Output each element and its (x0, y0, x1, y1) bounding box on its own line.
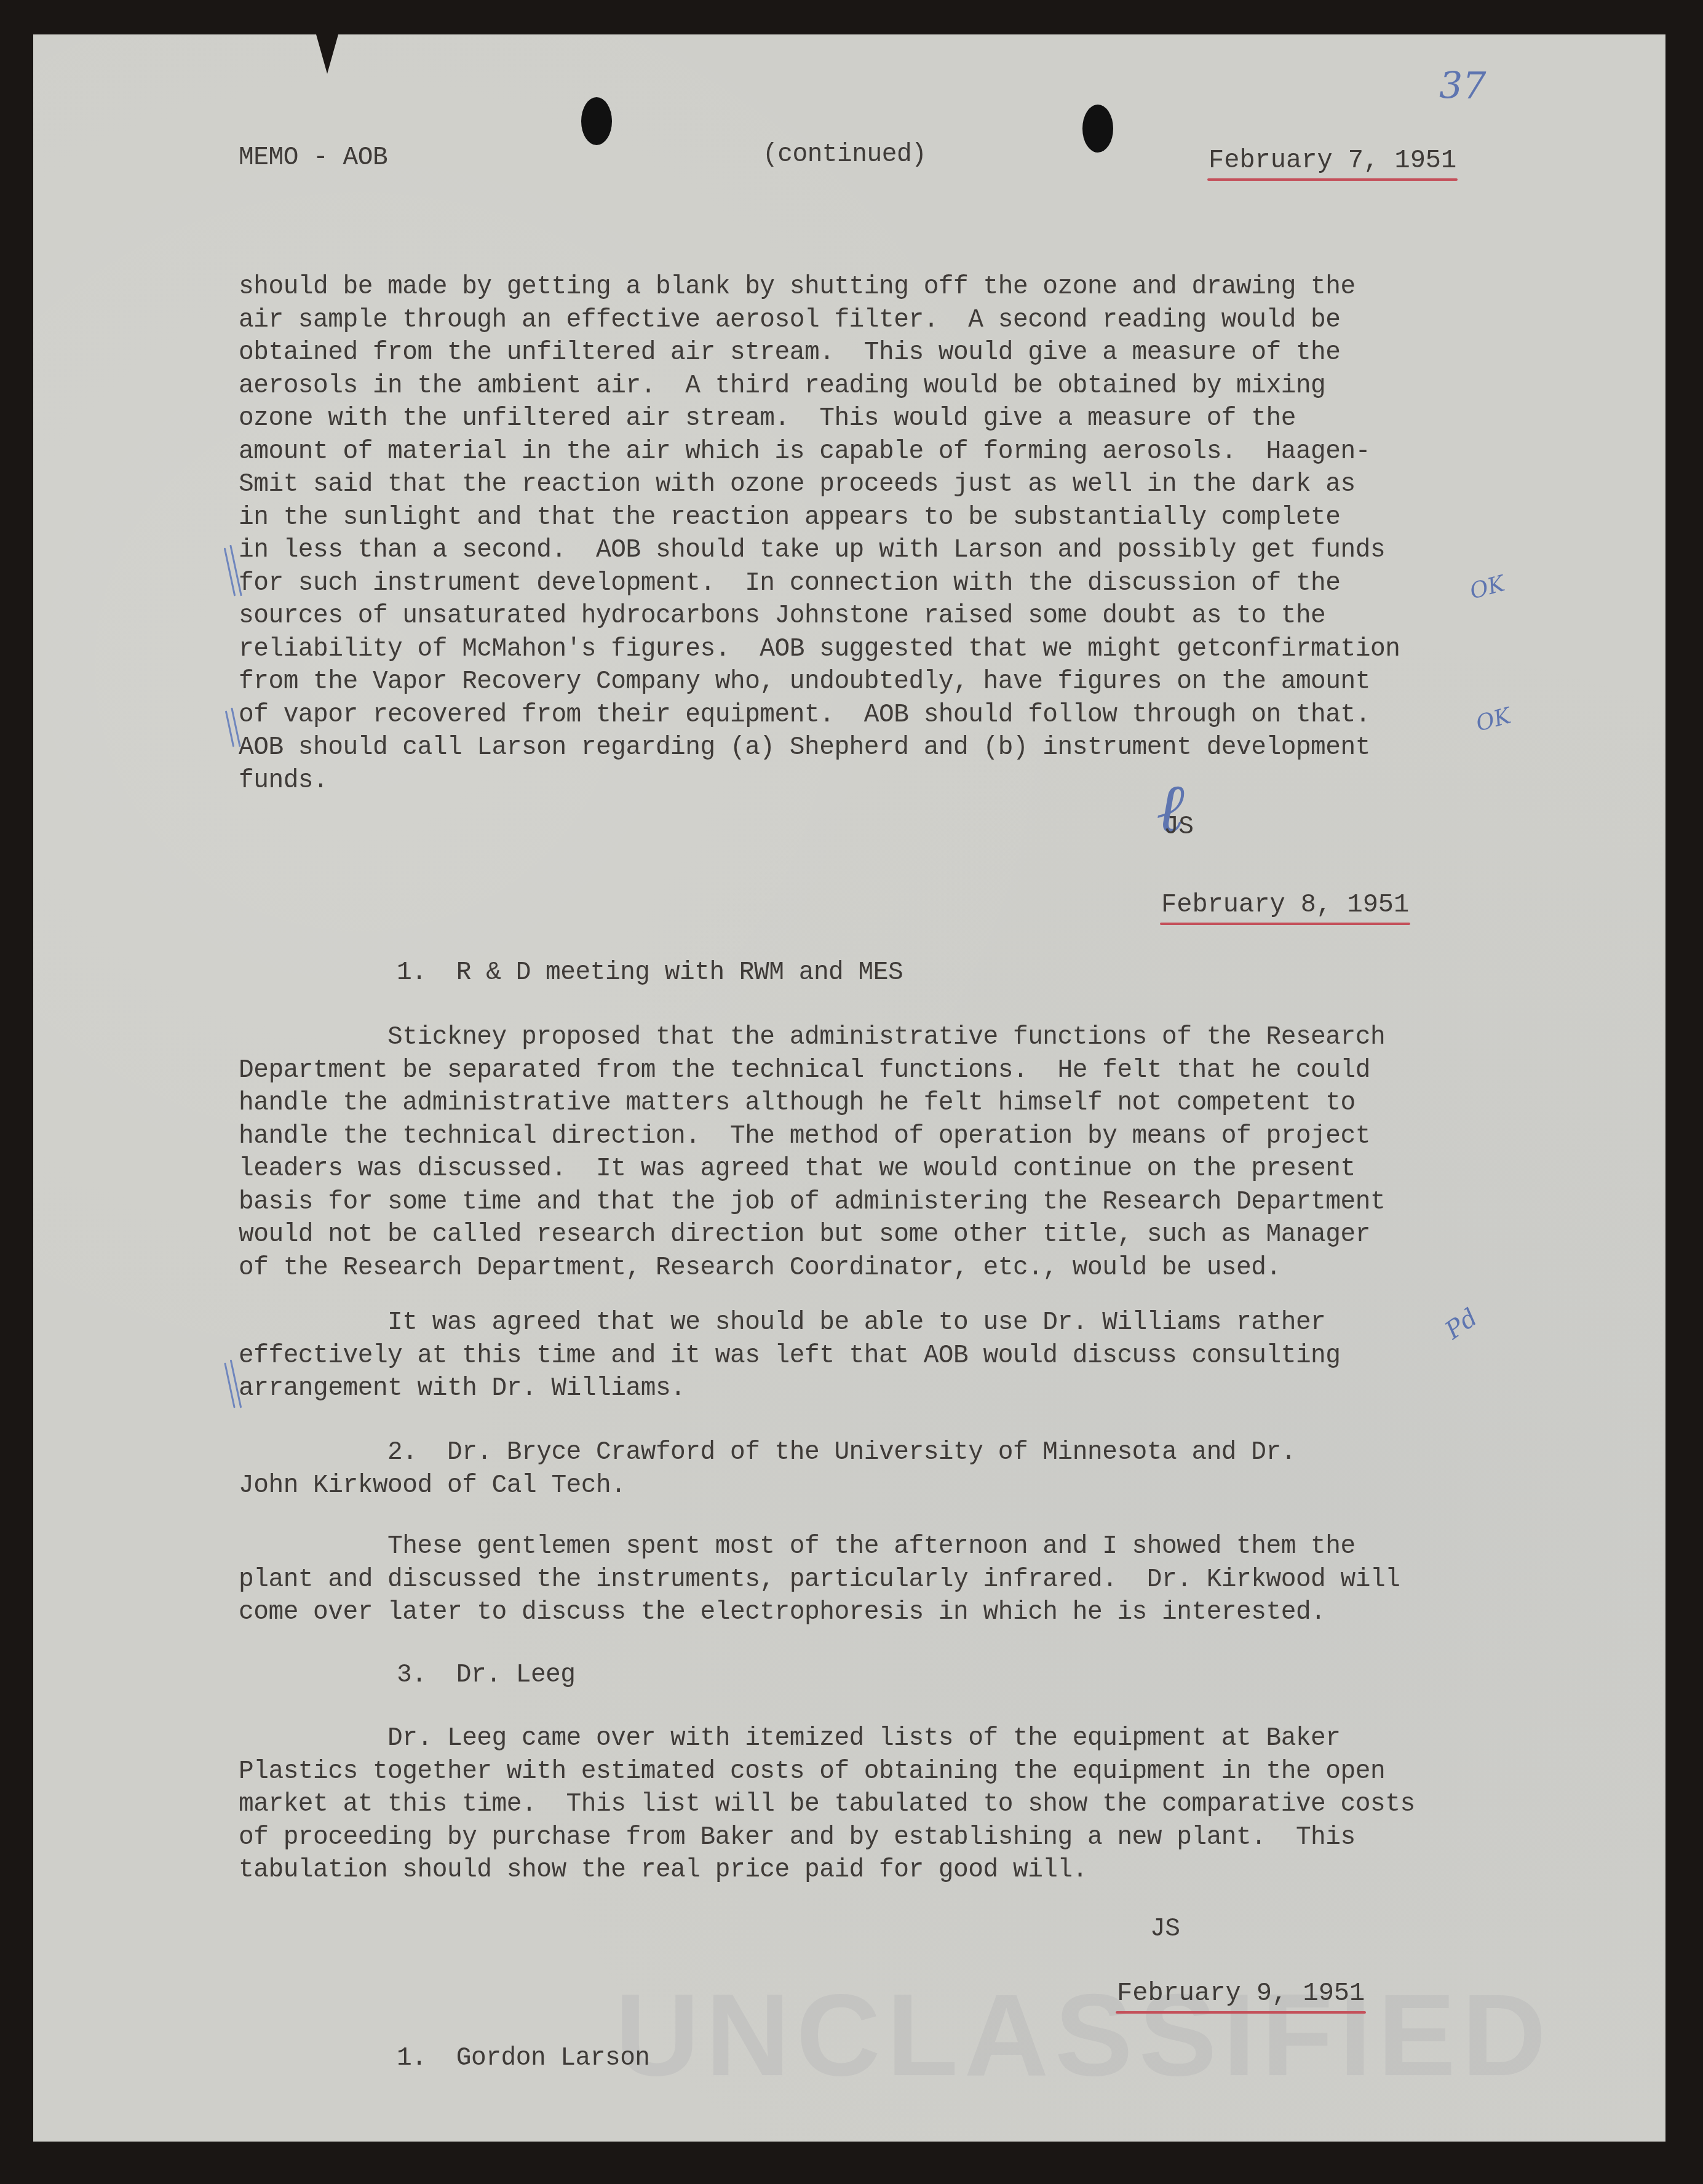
text-line: John Kirkwood of Cal Tech. (239, 1469, 625, 1502)
text-line: Dr. Leeg came over with itemized lists o… (239, 1722, 1341, 1755)
text-line: market at this time. This list will be t… (239, 1788, 1415, 1821)
page-tear (316, 34, 338, 74)
text-line: Smit said that the reaction with ozone p… (239, 468, 1356, 501)
text-line: for such instrument development. In conn… (239, 567, 1341, 600)
text-line: ozone with the unfiltered air stream. Th… (239, 402, 1296, 435)
text-line: funds. (239, 764, 328, 797)
bleed-through-watermark: UNCLASSIFIED (615, 1968, 1552, 2102)
feb8-signature: JS (1150, 1913, 1180, 1945)
text-line: air sample through an effective aerosol … (239, 304, 1341, 336)
text-line: of vapor recovered from their equipment.… (239, 699, 1370, 731)
handwritten-page-number: 37 (1439, 65, 1486, 108)
text-line: in less than a second. AOB should take u… (239, 534, 1385, 566)
text-line: tabulation should show the real price pa… (239, 1854, 1087, 1886)
text-line: It was agreed that we should be able to … (239, 1306, 1325, 1339)
text-line: sources of unsaturated hydrocarbons John… (239, 600, 1325, 632)
feb8-item3-heading: 3. Dr. Leeg (397, 1659, 576, 1691)
text-line: Stickney proposed that the administrativ… (239, 1021, 1385, 1054)
feb8-date: February 8, 1951 (1161, 889, 1409, 921)
text-line: basis for some time and that the job of … (239, 1186, 1385, 1218)
feb9-date: February 9, 1951 (1117, 1977, 1365, 2010)
text-line: amount of material in the air which is c… (239, 435, 1370, 468)
text-line: should be made by getting a blank by shu… (239, 271, 1356, 303)
text-line: aerosols in the ambient air. A third rea… (239, 370, 1325, 402)
text-line: handle the technical direction. The meth… (239, 1120, 1370, 1153)
text-line: arrangement with Dr. Williams. (239, 1372, 685, 1405)
text-line: would not be called research direction b… (239, 1218, 1370, 1251)
text-line: of proceeding by purchase from Baker and… (239, 1821, 1356, 1854)
punch-hole-right (1082, 105, 1113, 153)
text-line: 2. Dr. Bryce Crawford of the University … (239, 1436, 1296, 1469)
text-line: Plastics together with estimated costs o… (239, 1755, 1385, 1788)
text-line: These gentlemen spent most of the aftern… (239, 1530, 1356, 1563)
text-line: Department be separated from the technic… (239, 1054, 1370, 1087)
feb9-item1-heading: 1. Gordon Larson (397, 2042, 650, 2075)
text-line: of the Research Department, Research Coo… (239, 1252, 1281, 1284)
text-line: reliability of McMahon's figures. AOB su… (239, 633, 1400, 665)
text-line: obtained from the unfiltered air stream.… (239, 336, 1341, 369)
header-date: February 7, 1951 (1209, 145, 1456, 177)
text-line: from the Vapor Recovery Company who, und… (239, 665, 1370, 698)
text-line: effectively at this time and it was left… (239, 1340, 1341, 1372)
feb7-signature: JS (1164, 811, 1193, 843)
memo-header-continued: (continued) (763, 138, 926, 171)
text-line: plant and discussed the instruments, par… (239, 1563, 1400, 1596)
memo-header-title: MEMO - AOB (239, 141, 387, 174)
punch-hole-left (581, 97, 612, 145)
text-line: come over later to discuss the electroph… (239, 1596, 1325, 1629)
text-line: leaders was discussed. It was agreed tha… (239, 1153, 1356, 1185)
text-line: in the sunlight and that the reaction ap… (239, 501, 1341, 534)
feb8-item1-heading: 1. R & D meeting with RWM and MES (397, 956, 903, 989)
text-line: handle the administrative matters althou… (239, 1087, 1356, 1119)
text-line: AOB should call Larson regarding (a) She… (239, 731, 1370, 764)
